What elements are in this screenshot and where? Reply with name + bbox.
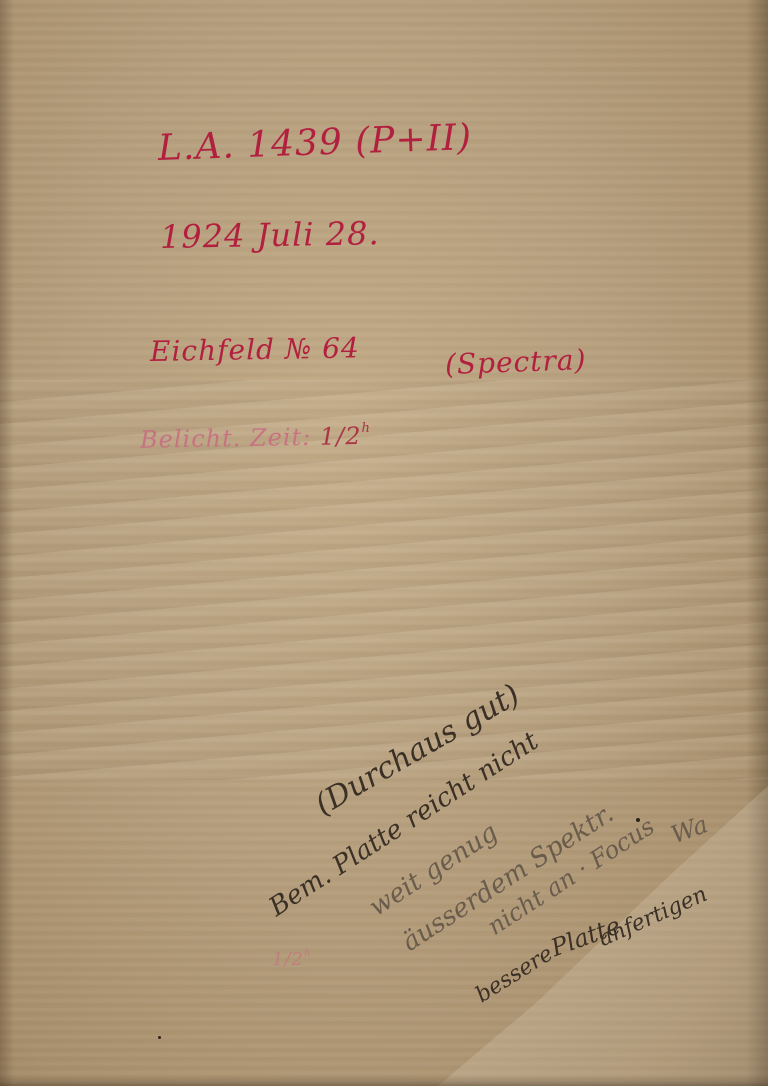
field-type: (Spectra)	[444, 343, 587, 381]
margin-note-unit: h	[304, 948, 311, 959]
field-label: Eichfeld № 64	[150, 331, 360, 368]
margin-exposure-note: 1/2h	[272, 948, 311, 970]
exposure-time: Belicht. Zeit: 1/2h	[140, 421, 372, 454]
margin-note-value: 1/2	[272, 949, 304, 970]
left-edge-wear	[0, 0, 14, 1086]
exposure-label: Belicht. Zeit:	[140, 423, 312, 454]
exposure-unit: h	[361, 421, 371, 436]
bottom-edge-wear	[0, 1076, 768, 1086]
ink-dot	[158, 1036, 161, 1039]
pencil-dot	[636, 818, 640, 822]
observation-date: 1924 Juli 28.	[160, 214, 380, 256]
exposure-value: 1/2	[320, 422, 362, 451]
